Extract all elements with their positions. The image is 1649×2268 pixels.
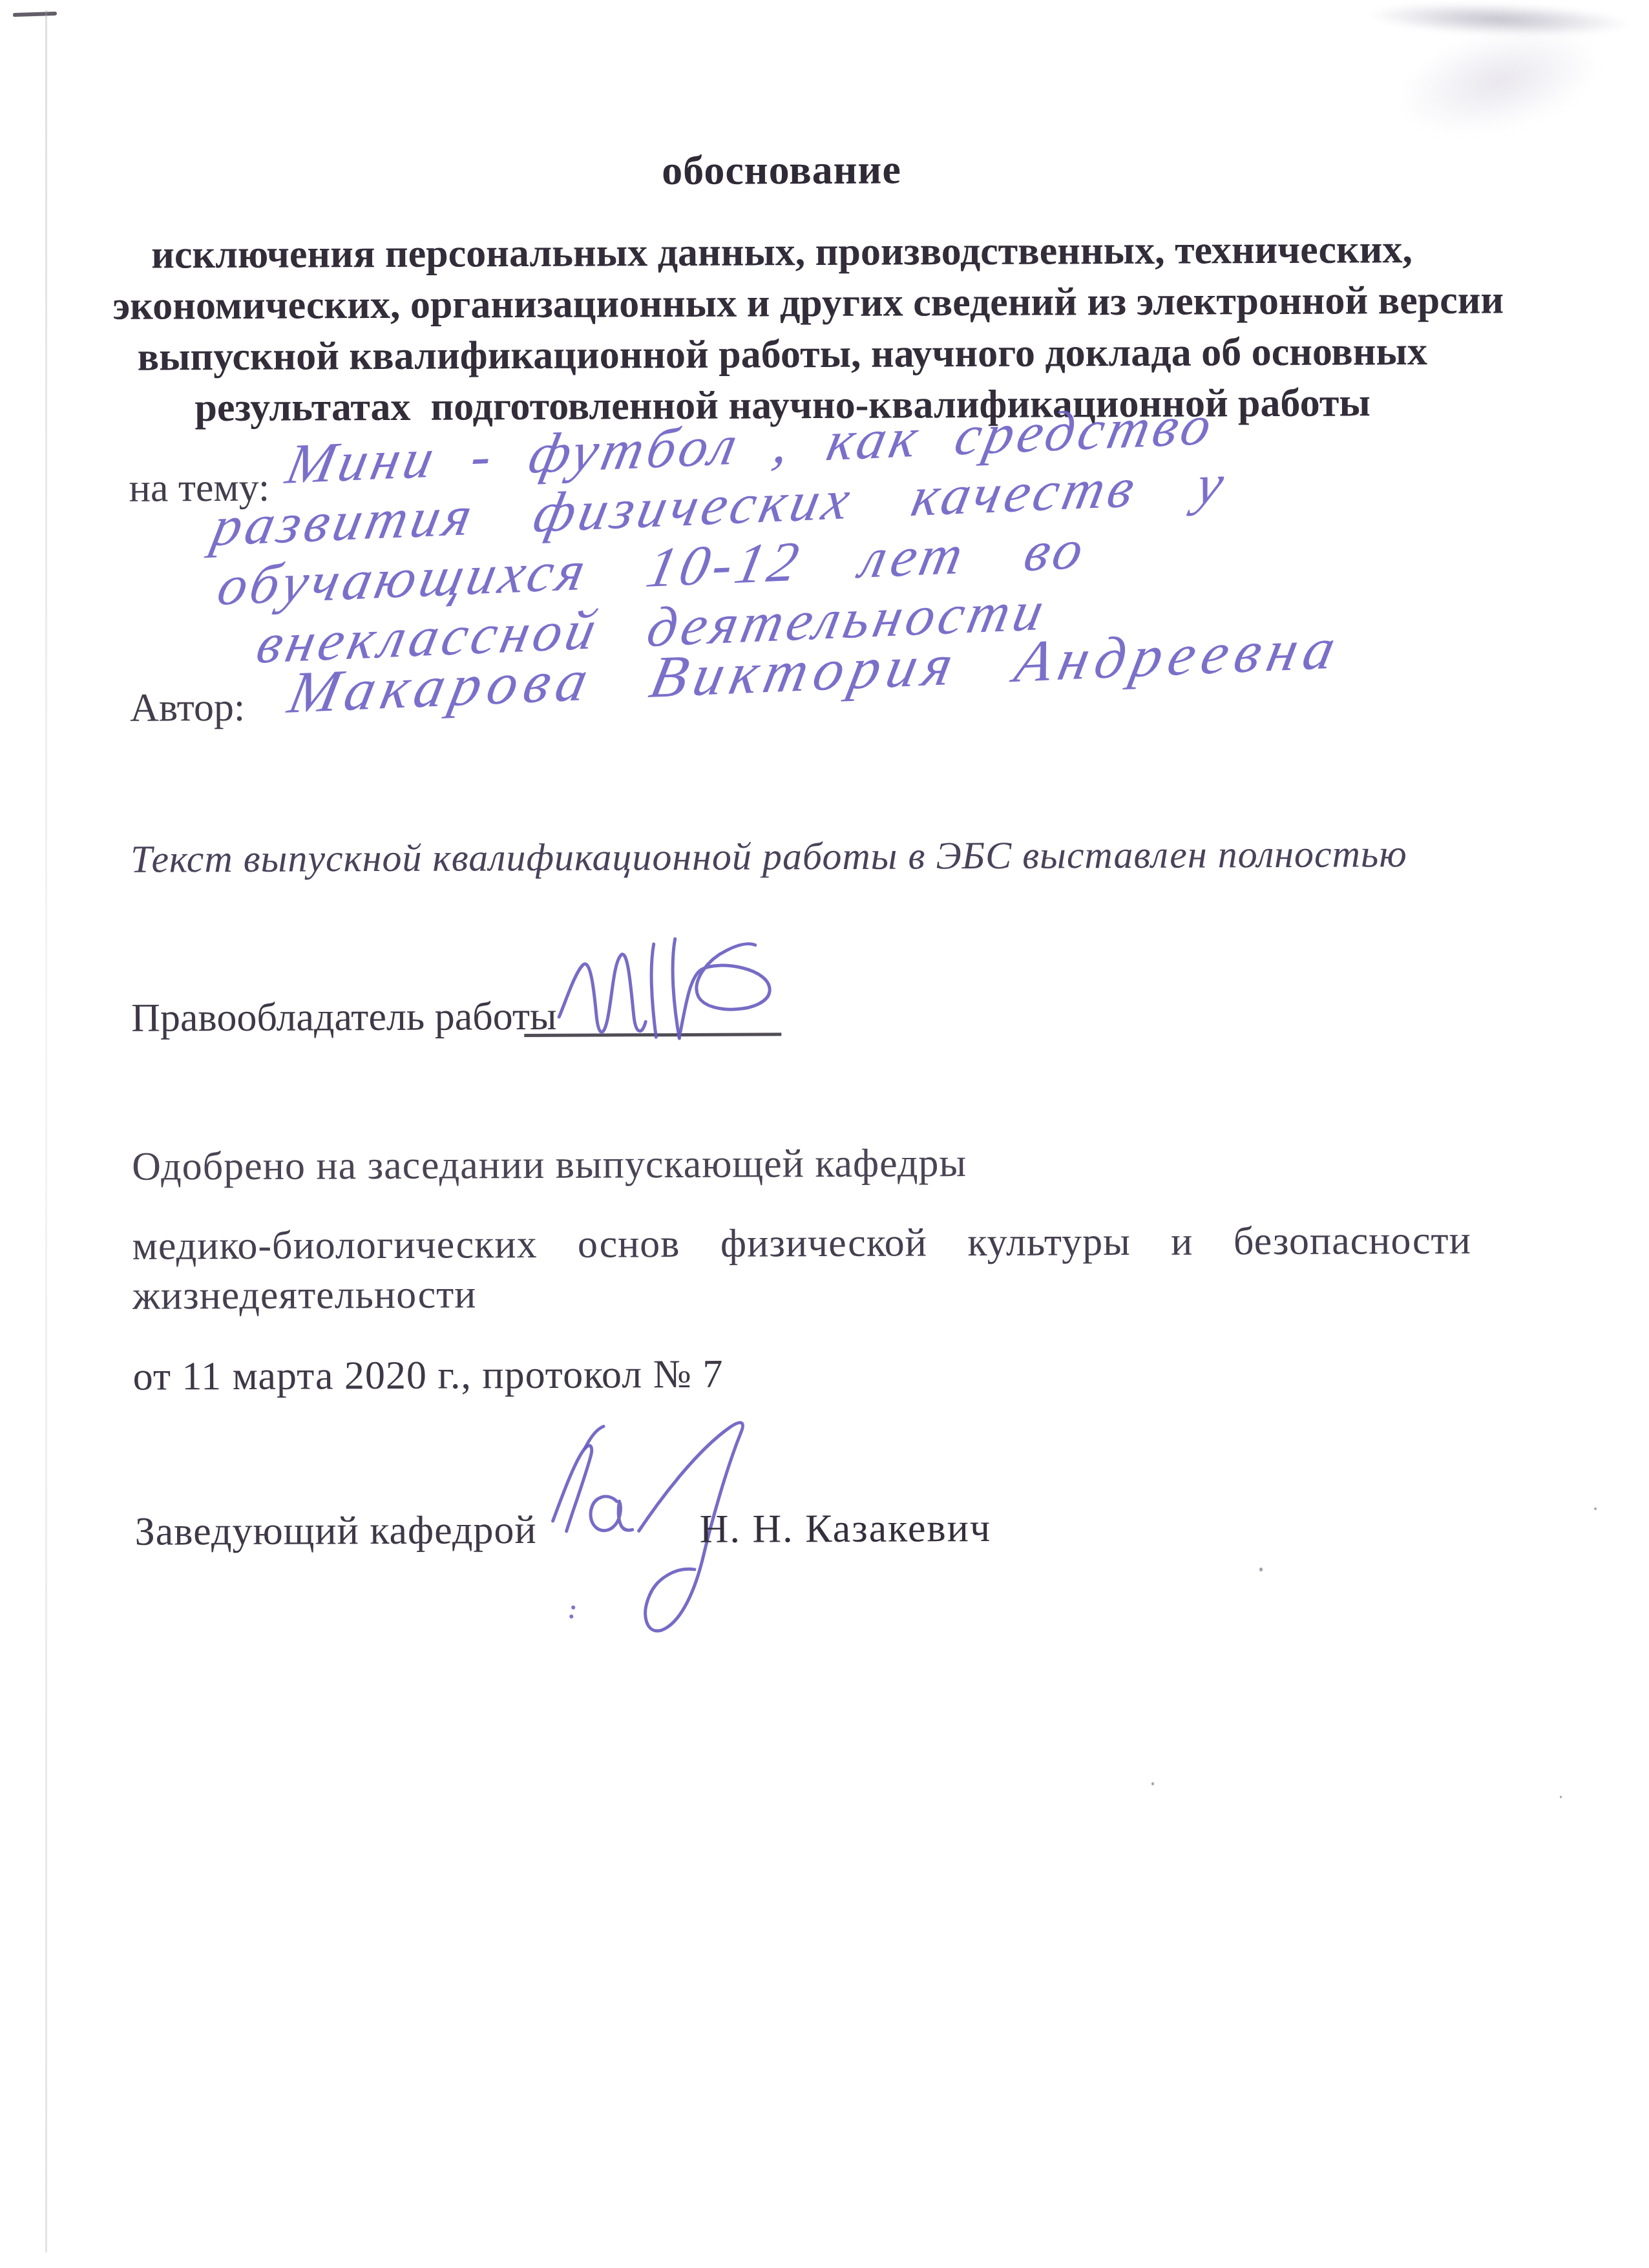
subtitle-line-3: выпускной квалификационной работы, научн…	[137, 330, 1427, 379]
subtitle-line-2: экономических, организационных и других …	[112, 278, 1504, 328]
scan-artifact-left-edge-line	[45, 10, 47, 2252]
approval-line: Одобрено на заседании выпускающей кафедр…	[132, 1143, 967, 1187]
scanned-document-page: обоснование исключения персональных данн…	[0, 0, 1649, 2268]
dust-speck	[1594, 1507, 1597, 1510]
head-of-department-name: Н. Н. Казакевич	[700, 1508, 992, 1549]
dust-speck	[1151, 1782, 1154, 1785]
document-title: обоснование	[112, 147, 1451, 194]
dust-speck	[1259, 1568, 1263, 1571]
protocol-date-line: от 11 марта 2020 г., протокол № 7	[132, 1354, 723, 1397]
author-field-label: Автор:	[130, 688, 245, 728]
rights-holder-signature	[542, 930, 788, 1055]
head-of-department-label: Заведующий кафедрой	[135, 1510, 537, 1552]
department-name-line-1: медико-биологических основ физической ку…	[132, 1221, 1471, 1266]
subtitle-line-1: исключения персональных данных, производ…	[151, 227, 1413, 277]
department-name-line-2: жизнедеятельности	[132, 1274, 477, 1316]
rights-holder-label: Правообладатель работы	[131, 996, 557, 1038]
ebs-statement: Текст выпускной квалификационной работы …	[131, 834, 1407, 879]
document-content: обоснование исключения персональных данн…	[0, 0, 1649, 2268]
dust-speck	[1560, 1796, 1562, 1798]
document-subtitle: исключения персональных данных, производ…	[112, 224, 1452, 434]
